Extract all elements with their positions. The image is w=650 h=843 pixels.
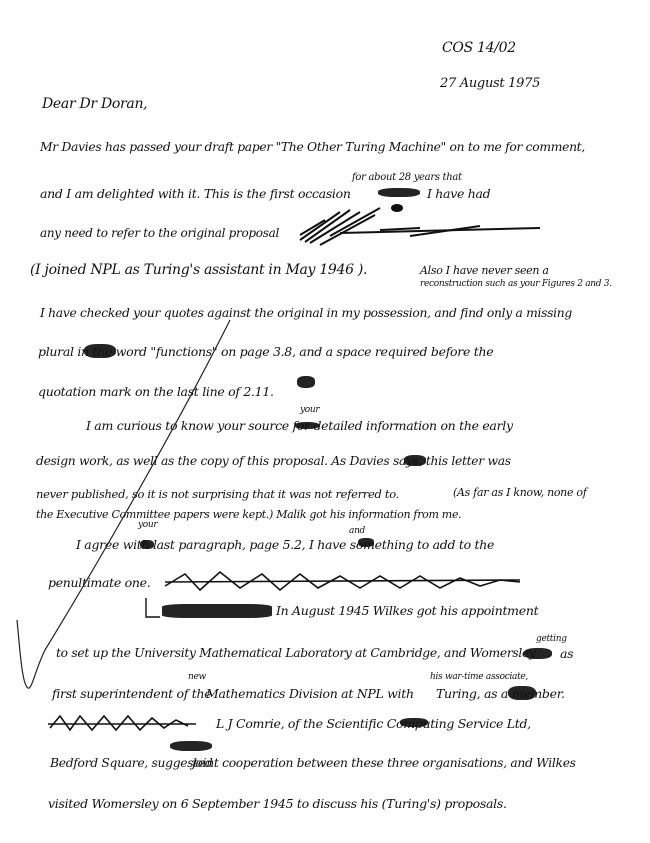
letter-page: COS 14/02 27 August 1975 Dear Dr Doran, … (0, 0, 650, 843)
diagonal-tick-mark (0, 0, 650, 843)
